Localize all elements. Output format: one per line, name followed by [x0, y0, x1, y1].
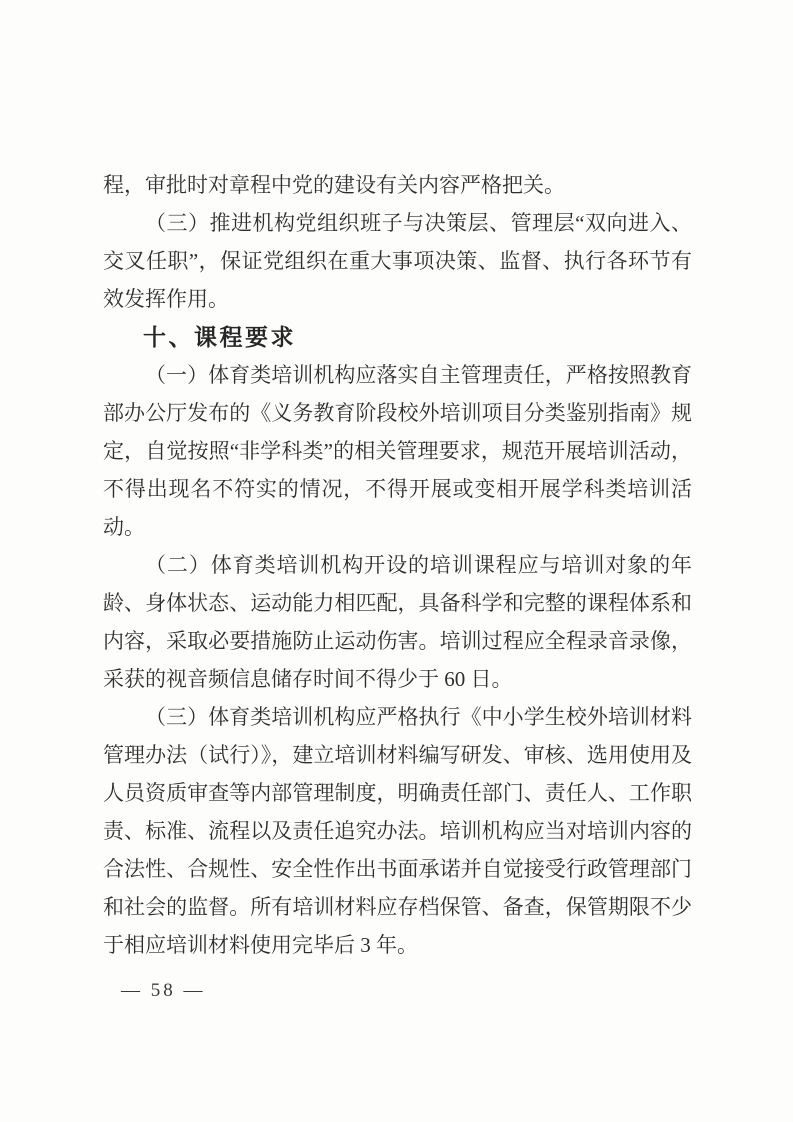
- document-body: 程，审批时对章程中党的建设有关内容严格把关。 （三）推进机构党组织班子与决策层、…: [103, 166, 692, 964]
- page-number: — 58 —: [121, 980, 206, 1002]
- paragraph-continuation: 程，审批时对章程中党的建设有关内容严格把关。: [103, 166, 692, 204]
- document-page: 程，审批时对章程中党的建设有关内容严格把关。 （三）推进机构党组织班子与决策层、…: [0, 0, 793, 1122]
- section-heading-course-requirements: 十、课程要求: [103, 318, 692, 356]
- paragraph-item-1: （一）体育类培训机构应落实自主管理责任，严格按照教育部办公厅发布的《义务教育阶段…: [103, 356, 692, 546]
- paragraph-item-3-party: （三）推进机构党组织班子与决策层、管理层“双向进入、交叉任职”，保证党组织在重大…: [103, 204, 692, 318]
- paragraph-item-3: （三）体育类培训机构应严格执行《中小学生校外培训材料管理办法（试行）》，建立培训…: [103, 698, 692, 964]
- paragraph-item-2: （二）体育类培训机构开设的培训课程应与培训对象的年龄、身体状态、运动能力相匹配，…: [103, 546, 692, 698]
